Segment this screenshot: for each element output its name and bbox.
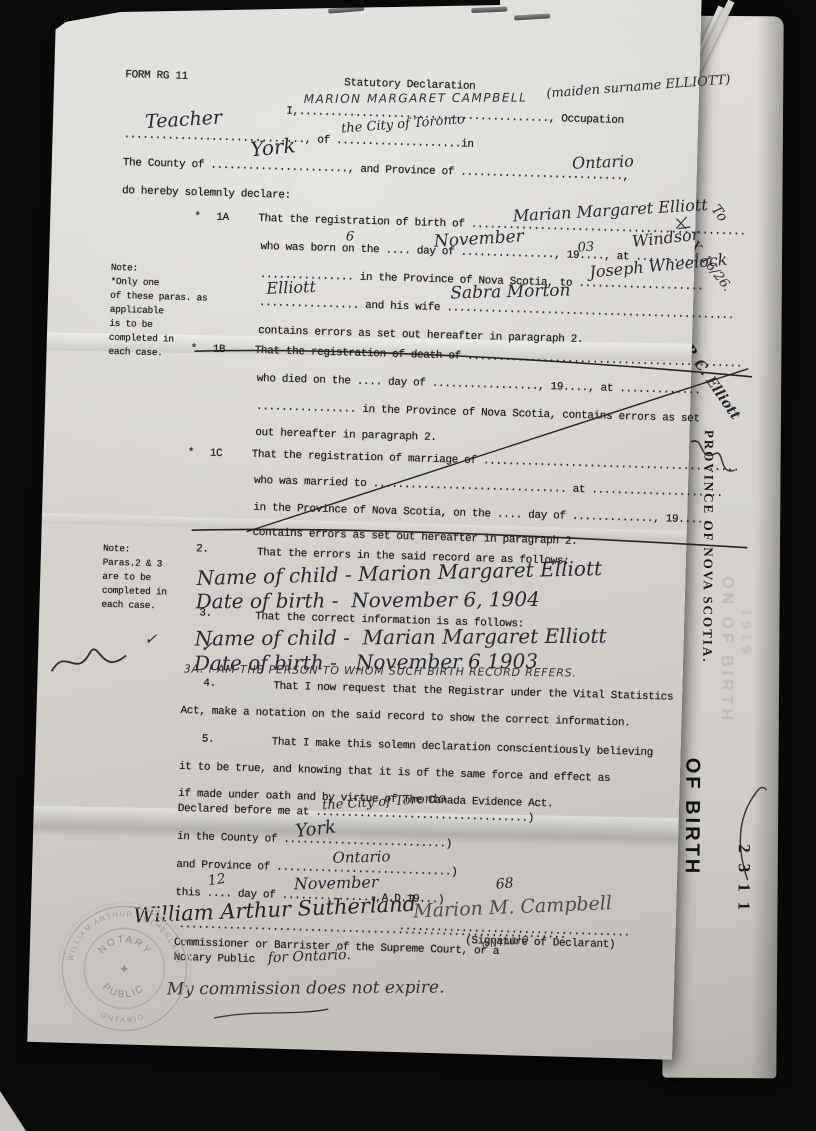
side-note-2-line: Paras.2 & 3 (103, 557, 163, 570)
statutory-declaration-page: FORM RG 11 Statutory Declaration I,.....… (27, 0, 701, 1060)
svg-text:ONTARIO: ONTARIO (99, 1010, 147, 1025)
svg-text:PUBLIC: PUBLIC (100, 981, 148, 1001)
margin-check: ✓ (200, 637, 213, 655)
side-note-2-line: each case. (101, 599, 155, 612)
para-2-num: 2. (196, 543, 209, 555)
hw-declared-day: 12 (207, 871, 227, 889)
para-3-num: 3. (199, 607, 212, 619)
side-note-2-line: Note: (103, 543, 130, 555)
hw-declared-month: November (294, 872, 379, 893)
seal-outer-bottom-text: ONTARIO (99, 1010, 147, 1025)
side-note-2-line: completed in (102, 585, 167, 598)
side-note-2-line: are to be (102, 571, 151, 583)
commission-underline (214, 1006, 328, 1021)
page-edge-shadow (750, 16, 783, 1078)
attached-note-to: To (708, 202, 731, 225)
hw-declared-year: 68 (495, 875, 514, 892)
file-number: 2311 (733, 844, 754, 1004)
photo-of-document: To A.X. 16/26. P. C. Elliott PROVINCE OF… (0, 0, 816, 1131)
hw-declared-province: Ontario (332, 847, 390, 866)
strike-1c-footer (192, 526, 748, 548)
svg-text:NOTARY: NOTARY (96, 933, 154, 957)
strike-diagonal (247, 355, 749, 546)
partial-birth-stamp: OF BIRTH (680, 758, 704, 888)
ghost-text-year: 1919 (737, 608, 755, 718)
hw-declared-county: York (294, 817, 337, 842)
margin-check: ✓ (144, 630, 157, 648)
seal-star-icon: ✦ (119, 961, 130, 976)
hw-commission-note: My commission does not expire. (167, 978, 445, 1000)
ghost-text-of-birth: ON OF BIRTH (716, 576, 736, 816)
notary-seal: WILLIAM ARTHUR SUTHERLAND ONTARIO NOTARY… (47, 891, 201, 1045)
seal-inner-top-text: NOTARY (96, 933, 154, 957)
strike-1b-heading (194, 348, 752, 377)
para-4-num: 4. (203, 678, 216, 690)
seal-inner-bottom-text: PUBLIC (100, 981, 148, 1001)
hw-2-dob: Date of birth - November 6, 1904 (196, 587, 540, 613)
hw-3-name: Name of child - Marian Margaret Elliott (195, 624, 607, 651)
paper-sliver-bottom-left (0, 1091, 26, 1131)
edge-scribble (676, 217, 690, 229)
margin-initials-scribble (52, 648, 127, 673)
para-5-num: 5. (202, 734, 215, 746)
